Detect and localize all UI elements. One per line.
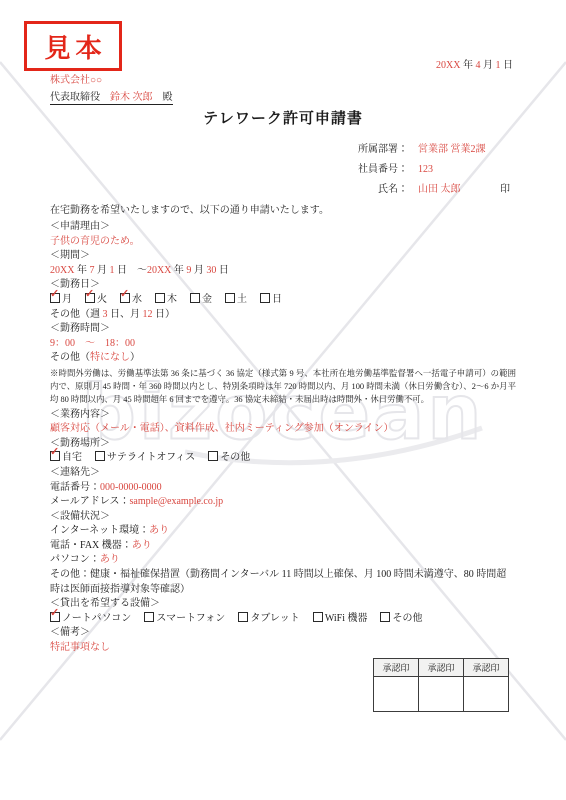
checkbox-option[interactable]: WiFi 機器 xyxy=(313,612,368,627)
field-text: 日、月 xyxy=(108,309,143,320)
section-heading: ＜業務内容＞ xyxy=(50,408,516,423)
field-text: 代表取締役 xyxy=(50,92,110,103)
applicant-value: 123 xyxy=(418,160,433,180)
field-line: 子供の育児のため。 xyxy=(50,235,516,250)
field-value: 12 xyxy=(143,309,153,320)
checkbox-option[interactable]: ✓自宅 xyxy=(50,451,82,466)
checkbox-option[interactable]: 日 xyxy=(260,293,282,308)
field-text: 殿 xyxy=(153,92,173,103)
approval-header-cell: 承認印 xyxy=(464,659,509,677)
approval-cell-row xyxy=(374,677,509,712)
field-text: 日） xyxy=(153,309,176,320)
field-line: メールアドレス：sample@example.co.jp xyxy=(50,495,516,510)
field-text: 月 xyxy=(481,60,496,71)
check-icon: ✓ xyxy=(50,608,59,619)
field-line: その他：健康・福祉確保措置（勤務間インターバル 11 時間以上確保、月 100 … xyxy=(50,568,516,597)
intro-text: 在宅勤務を希望いたしますので、以下の通り申請いたします。 xyxy=(50,201,329,216)
checkbox-label: その他 xyxy=(392,613,422,624)
checkbox-option[interactable]: 金 xyxy=(190,293,212,308)
field-value: 株式会社○○ xyxy=(50,75,102,86)
checkbox[interactable] xyxy=(155,293,165,303)
field-text: 日 xyxy=(216,265,229,276)
checkbox[interactable] xyxy=(260,293,270,303)
field-text: 年 xyxy=(171,265,186,276)
field-line: 20XX 年 7 月 1 日 ～20XX 年 9 月 30 日 xyxy=(50,264,516,279)
field-text: その他（ xyxy=(50,352,90,363)
field-value: あり xyxy=(132,540,152,551)
checkbox-label: タブレット xyxy=(250,613,300,624)
checkbox-label: ノートパソコン xyxy=(62,613,131,624)
check-icon: ✓ xyxy=(85,289,94,300)
checkbox-option[interactable]: その他 xyxy=(380,612,422,627)
field-value: 20XX xyxy=(50,265,74,276)
checkbox-label: 土 xyxy=(237,294,247,305)
checkbox[interactable]: ✓ xyxy=(85,293,95,303)
field-text: インターネット環境： xyxy=(50,525,149,536)
applicant-row: 氏名：山田 太郎印 xyxy=(345,180,516,200)
checkbox-option[interactable]: タブレット xyxy=(238,612,300,627)
section-heading: ＜勤務時間＞ xyxy=(50,322,516,337)
field-value: 子供の育児のため。 xyxy=(50,236,140,247)
field-line: パソコン：あり xyxy=(50,553,516,568)
checkbox[interactable] xyxy=(313,612,323,622)
field-text: 年 xyxy=(74,265,89,276)
checkbox-option[interactable]: 木 xyxy=(155,293,177,308)
section-heading: ＜連絡先＞ xyxy=(50,466,516,481)
applicant-row: 所属部署：営業部 営業2課 xyxy=(345,140,516,160)
check-icon: ✓ xyxy=(120,289,129,300)
checkbox-option[interactable]: ✓月 xyxy=(50,293,72,308)
checkbox[interactable] xyxy=(238,612,248,622)
section-heading: ＜貸出を希望する設備＞ xyxy=(50,597,516,612)
checkbox-row: ✓ノートパソコンスマートフォンタブレットWiFi 機器その他 xyxy=(50,612,516,627)
approval-empty-cell xyxy=(374,677,419,712)
approval-header-cell: 承認印 xyxy=(374,659,419,677)
field-line: その他（特になし） xyxy=(50,351,516,366)
checkbox-label: WiFi 機器 xyxy=(325,613,368,624)
field-text: その他：健康・福祉確保措置（勤務間インターバル 11 時間以上確保、月 100 … xyxy=(50,569,506,595)
section-heading: ＜期間＞ xyxy=(50,249,516,264)
approval-header-cell: 承認印 xyxy=(419,659,464,677)
approval-empty-cell xyxy=(419,677,464,712)
applicant-value: 営業部 営業2課 xyxy=(418,140,486,160)
document-title: テレワーク許可申請書 xyxy=(0,107,566,128)
checkbox-option[interactable]: サテライトオフィス xyxy=(95,451,195,466)
checkbox-option[interactable]: ✓火 xyxy=(85,293,107,308)
field-line: その他（週 3 日、月 12 日） xyxy=(50,308,516,323)
field-value: 20XX xyxy=(147,265,171,276)
approval-header-row: 承認印承認印承認印 xyxy=(374,659,509,677)
checkbox-label: 自宅 xyxy=(62,452,82,463)
field-value: 9：00 ～ 18：00 xyxy=(50,338,135,349)
field-text: その他（週 xyxy=(50,309,103,320)
checkbox-label: サテライトオフィス xyxy=(107,452,195,463)
checkbox-label: 月 xyxy=(62,294,72,305)
field-value: 000-0000-0000 xyxy=(100,482,162,493)
section-heading: ＜勤務場所＞ xyxy=(50,437,516,452)
field-text: 電話番号： xyxy=(50,482,100,493)
field-text: 月 xyxy=(191,265,206,276)
field-text: パソコン： xyxy=(50,554,100,565)
addressee-underlined: 代表取締役 鈴木 次郎 殿 xyxy=(50,88,173,105)
checkbox[interactable]: ✓ xyxy=(50,451,60,461)
checkbox-label: 水 xyxy=(132,294,142,305)
checkbox[interactable] xyxy=(380,612,390,622)
checkbox[interactable] xyxy=(144,612,154,622)
applicant-info: 所属部署：営業部 営業2課社員番号：123氏名：山田 太郎印 xyxy=(345,140,516,200)
field-line: インターネット環境：あり xyxy=(50,524,516,539)
field-line: 特記事項なし xyxy=(50,641,516,656)
field-text: メールアドレス： xyxy=(50,496,130,507)
field-line: 顧客対応（メール・電話）、資料作成、社内ミーティング参加（オンライン） xyxy=(50,422,516,437)
document-date: 20XX 年 4 月 1 日 xyxy=(436,56,513,71)
checkbox-option[interactable]: ✓水 xyxy=(120,293,142,308)
checkbox-label: スマートフォン xyxy=(156,613,225,624)
field-text: 年 xyxy=(461,60,476,71)
checkbox-option[interactable]: ✓ノートパソコン xyxy=(50,612,131,627)
field-value: 20XX xyxy=(436,60,460,71)
field-value: 鈴木 次郎 xyxy=(110,92,153,103)
checkbox[interactable] xyxy=(225,293,235,303)
checkbox-row: ✓自宅サテライトオフィスその他 xyxy=(50,451,516,466)
document-page: bizocean 見本 20XX 年 4 月 1 日 株式会社○○ 代表取締役 … xyxy=(0,0,566,800)
sample-stamp: 見本 xyxy=(24,21,122,71)
form-body: ＜申請理由＞子供の育児のため。＜期間＞20XX 年 7 月 1 日 ～20XX … xyxy=(50,220,516,656)
section-heading: ＜設備状況＞ xyxy=(50,510,516,525)
sample-stamp-label: 見本 xyxy=(39,28,106,65)
field-value: あり xyxy=(149,525,169,536)
field-text: 日 xyxy=(501,60,514,71)
check-icon: ✓ xyxy=(50,447,59,458)
section-heading: ＜備考＞ xyxy=(50,626,516,641)
approval-empty-cell xyxy=(464,677,509,712)
checkbox-option[interactable]: その他 xyxy=(208,451,250,466)
checkbox[interactable] xyxy=(95,451,105,461)
section-heading: ＜申請理由＞ xyxy=(50,220,516,235)
checkbox-label: 火 xyxy=(97,294,107,305)
legal-note: ※時間外労働は、労働基準法第 36 条に基づく 36 協定（様式第 9 号、本社… xyxy=(50,367,516,407)
addressee-line: 代表取締役 鈴木 次郎 殿 xyxy=(50,88,173,105)
checkbox-label: 木 xyxy=(167,294,177,305)
field-text: 日 ～ xyxy=(114,265,147,276)
field-value: sample@example.co.jp xyxy=(130,496,224,507)
field-text: ） xyxy=(130,352,140,363)
applicant-label: 所属部署： xyxy=(345,140,408,160)
checkbox-label: 日 xyxy=(272,294,282,305)
seal-mark: 印 xyxy=(500,180,510,200)
checkbox[interactable]: ✓ xyxy=(50,293,60,303)
field-line: 電話・FAX 機器：あり xyxy=(50,539,516,554)
checkbox-option[interactable]: スマートフォン xyxy=(144,612,225,627)
applicant-row: 社員番号：123 xyxy=(345,160,516,180)
field-value: 特になし xyxy=(90,352,130,363)
field-value: あり xyxy=(100,554,120,565)
approval-stamp-table: 承認印承認印承認印 xyxy=(373,658,509,712)
checkbox[interactable]: ✓ xyxy=(120,293,130,303)
applicant-value: 山田 太郎 xyxy=(418,180,461,200)
field-text: 月 xyxy=(94,265,109,276)
applicant-label: 氏名： xyxy=(345,180,408,200)
field-text: 電話・FAX 機器： xyxy=(50,540,132,551)
applicant-label: 社員番号： xyxy=(345,160,408,180)
company-name: 株式会社○○ xyxy=(50,71,102,86)
checkbox[interactable] xyxy=(208,451,218,461)
field-line: 9：00 ～ 18：00 xyxy=(50,337,516,352)
field-value: 30 xyxy=(206,265,216,276)
field-value: 特記事項なし xyxy=(50,642,110,653)
check-icon: ✓ xyxy=(50,289,59,300)
field-line: 電話番号：000-0000-0000 xyxy=(50,481,516,496)
checkbox[interactable] xyxy=(190,293,200,303)
checkbox-label: その他 xyxy=(220,452,250,463)
checkbox[interactable]: ✓ xyxy=(50,612,60,622)
field-value: 顧客対応（メール・電話）、資料作成、社内ミーティング参加（オンライン） xyxy=(50,423,394,434)
checkbox-row: ✓月✓火✓水木金土日 xyxy=(50,293,516,308)
checkbox-label: 金 xyxy=(202,294,212,305)
checkbox-option[interactable]: 土 xyxy=(225,293,247,308)
